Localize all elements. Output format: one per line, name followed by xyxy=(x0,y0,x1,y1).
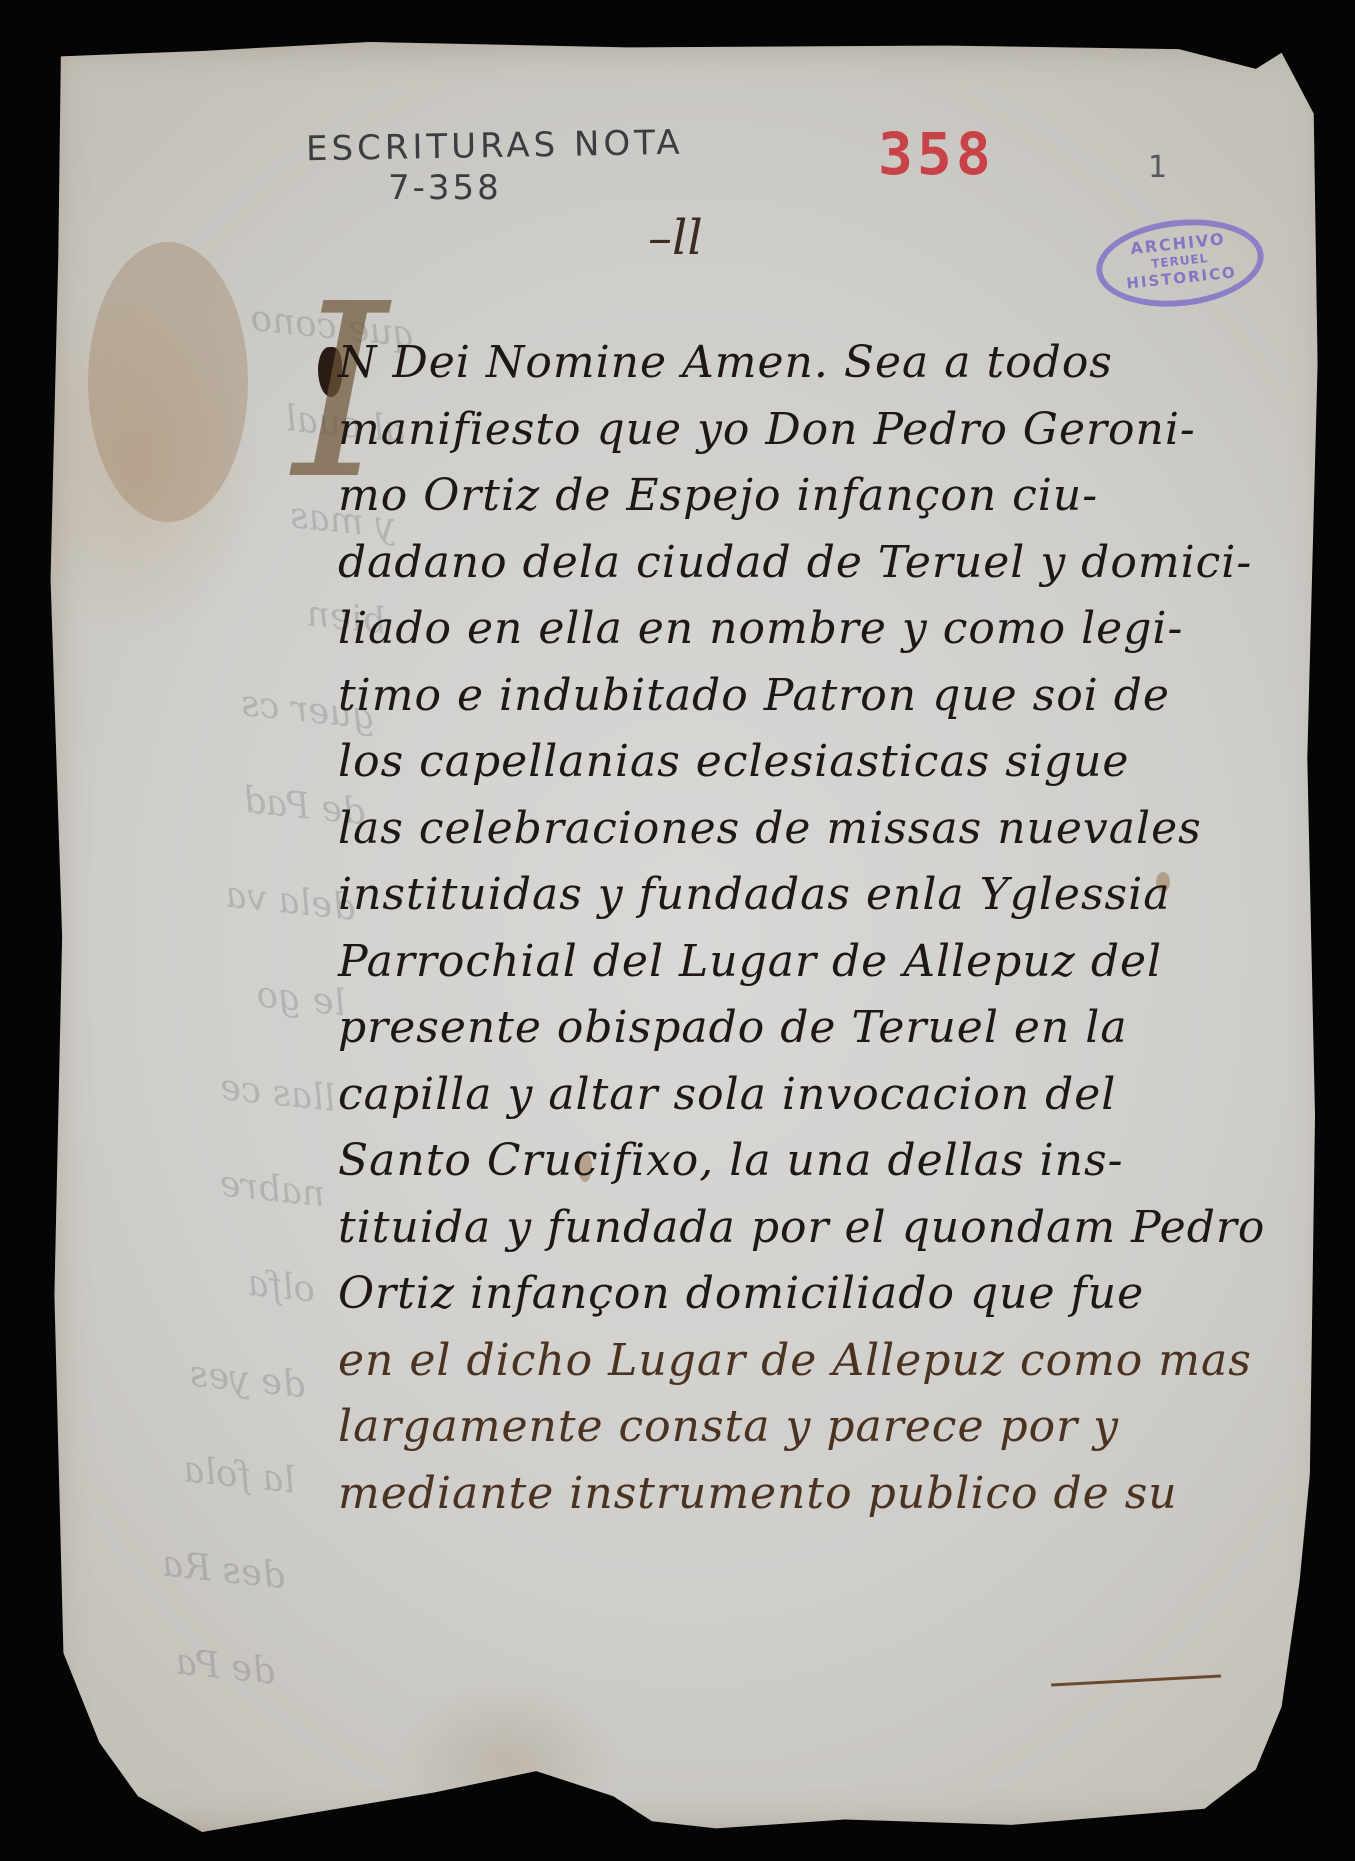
manuscript-line: los capellanias eclesiasticas sigue xyxy=(338,729,1355,796)
manuscript-line: timo e indubitado Patron que soi de xyxy=(338,663,1355,730)
manuscript-line: Parrochial del Lugar de Allepuz del xyxy=(338,929,1355,996)
pencil-page-number: 1 xyxy=(1148,150,1167,185)
manuscript-line: presente obispado de Teruel en la xyxy=(338,995,1355,1062)
manuscript-line: tituida y fundada por el quondam Pedro xyxy=(338,1195,1355,1262)
manuscript-line: Santo Crucifixo, la una dellas ins- xyxy=(338,1128,1355,1195)
manuscript-body: N Dei Nomine Amen. Sea a todos manifiest… xyxy=(338,330,1355,1527)
manuscript-line: manifiesto que yo Don Pedro Geroni- xyxy=(338,397,1355,464)
manuscript-line: Ortiz infançon domiciliado que fue xyxy=(338,1261,1355,1328)
manuscript-line: largamente consta y parece por y xyxy=(338,1394,1355,1461)
manuscript-page: que cono al cual y mas bien guer cs de P… xyxy=(48,42,1333,1832)
water-stain xyxy=(88,242,248,522)
manuscript-line: liado en ella en nombre y como legi- xyxy=(338,596,1355,663)
pencil-archive-label: ESCRITURAS NOTA xyxy=(306,123,684,170)
manuscript-line: mediante instrumento publico de su xyxy=(338,1461,1355,1528)
archive-stamp: ARCHIVO TERUEL HISTORICO xyxy=(1092,211,1268,314)
red-document-number: 358 xyxy=(878,120,995,188)
manuscript-line: instituidas y fundadas enla Yglessia xyxy=(338,862,1355,929)
folio-mark: –ll xyxy=(648,210,703,266)
manuscript-line: dadano dela ciudad de Teruel y domici- xyxy=(338,530,1355,597)
manuscript-line: mo Ortiz de Espejo infançon ciu- xyxy=(338,463,1355,530)
manuscript-line: las celebraciones de missas nuevales xyxy=(338,796,1355,863)
closing-rule xyxy=(1051,1675,1221,1687)
manuscript-line: capilla y altar sola invocacion del xyxy=(338,1062,1355,1129)
manuscript-line: en el dicho Lugar de Allepuz como mas xyxy=(338,1328,1355,1395)
pencil-archive-reference: 7-358 xyxy=(388,168,502,208)
manuscript-line: N Dei Nomine Amen. Sea a todos xyxy=(338,330,1355,397)
